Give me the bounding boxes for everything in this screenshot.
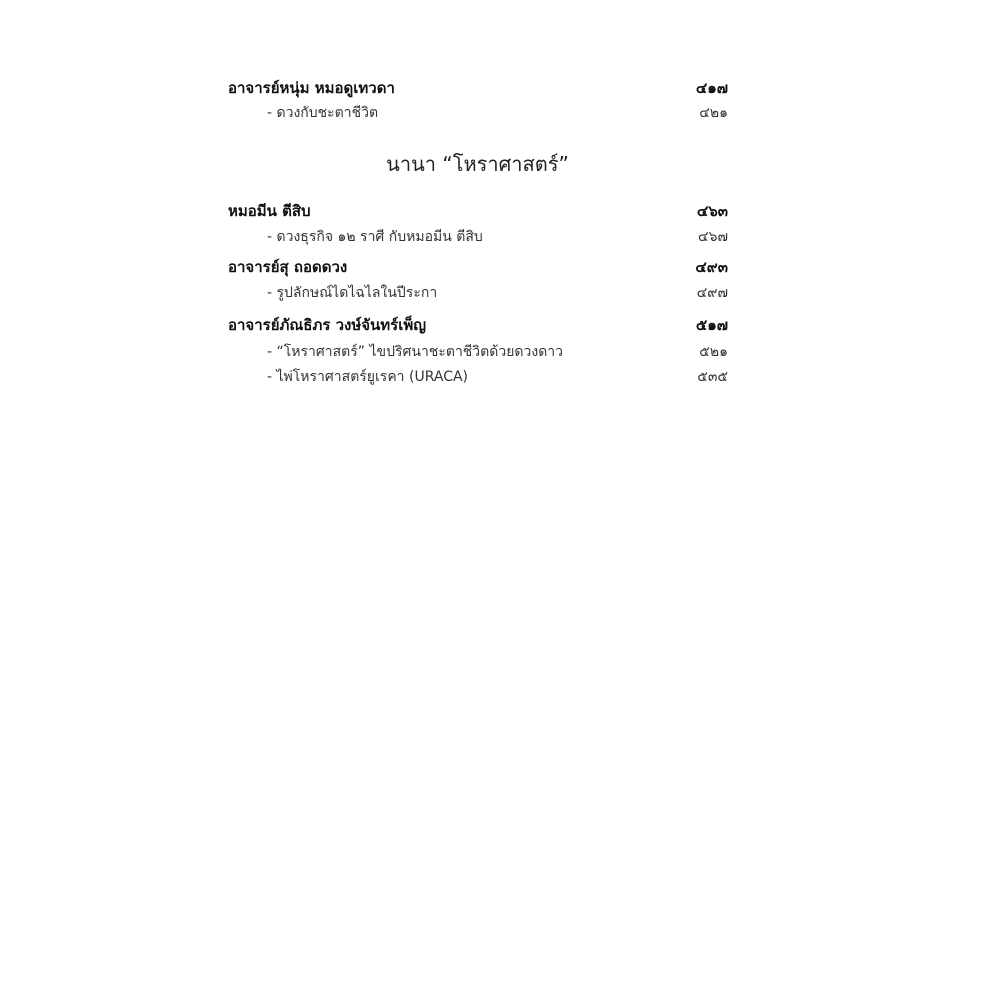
- author-name: อาจารย์หนุ่ม หมอดูเทวดา: [228, 76, 395, 100]
- page-number: ๔๒๑: [699, 102, 728, 124]
- toc-entry-item: - “โหราศาสตร์” ไขปริศนาชะตาชีวิตด้วยดวงด…: [228, 340, 728, 364]
- page-number: ๔๖๓: [697, 199, 728, 223]
- item-title: - รูปลักษณ์ไดไฉไลในปีระกา: [228, 282, 437, 304]
- page-number: ๔๙๓: [695, 255, 728, 279]
- page-number: ๔๑๗: [696, 76, 728, 100]
- item-title: - “โหราศาสตร์” ไขปริศนาชะตาชีวิตด้วยดวงด…: [228, 341, 563, 363]
- toc-entry-author: อาจารย์สุ ถอดดวง ๔๙๓: [228, 255, 728, 279]
- toc-entry-author: อาจารย์หนุ่ม หมอดูเทวดา ๔๑๗: [228, 76, 728, 100]
- item-title: - ไพ่โหราศาสตร์ยูเรคา (URACA): [228, 366, 468, 388]
- toc-entry-author: อาจารย์ภัณธิภร วงษ์จันทร์เพ็ญ ๕๑๗: [228, 313, 728, 337]
- page-number: ๔๖๗: [698, 226, 728, 248]
- author-name: อาจารย์ภัณธิภร วงษ์จันทร์เพ็ญ: [228, 313, 426, 337]
- page-number: ๕๓๕: [697, 366, 728, 388]
- page-number: ๕๑๗: [696, 313, 728, 337]
- item-title: - ดวงกับชะตาชีวิต: [228, 102, 378, 124]
- item-title: - ดวงธุรกิจ ๑๒ ราศี กับหมอมีน ตีสิบ: [228, 226, 483, 248]
- author-name: หมอมีน ตีสิบ: [228, 199, 311, 223]
- page-number: ๕๒๑: [699, 341, 728, 363]
- toc-entry-item: - ดวงกับชะตาชีวิต ๔๒๑: [228, 101, 728, 125]
- toc-entry-author: หมอมีน ตีสิบ ๔๖๓: [228, 199, 728, 223]
- page-number: ๔๙๗: [697, 282, 728, 304]
- toc-entry-item: - รูปลักษณ์ไดไฉไลในปีระกา ๔๙๗: [228, 281, 728, 305]
- author-name: อาจารย์สุ ถอดดวง: [228, 255, 347, 279]
- toc-entry-item: - ดวงธุรกิจ ๑๒ ราศี กับหมอมีน ตีสิบ ๔๖๗: [228, 225, 728, 249]
- document-page: อาจารย์หนุ่ม หมอดูเทวดา ๔๑๗ - ดวงกับชะตา…: [0, 0, 1000, 1000]
- toc-entry-item: - ไพ่โหราศาสตร์ยูเรคา (URACA) ๕๓๕: [228, 365, 728, 389]
- section-title: นานา “โหราศาสตร์”: [0, 148, 955, 176]
